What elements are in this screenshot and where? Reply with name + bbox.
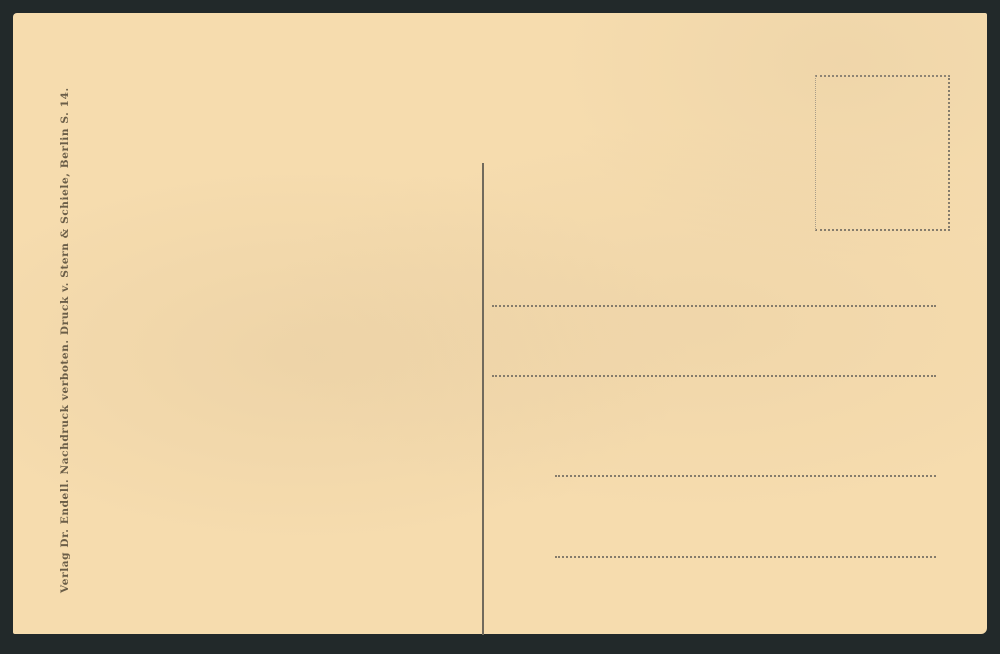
postcard-back: Verlag Dr. Endell. Nachdruck verboten. D…	[13, 13, 987, 634]
address-line-2	[492, 375, 936, 377]
stamp-placement-box	[815, 75, 950, 231]
address-line-1	[492, 305, 936, 307]
address-line-4	[555, 556, 936, 558]
publisher-imprint: Verlag Dr. Endell. Nachdruck verboten. D…	[59, 87, 71, 593]
center-divider-line	[482, 163, 484, 635]
address-line-3	[555, 475, 936, 477]
